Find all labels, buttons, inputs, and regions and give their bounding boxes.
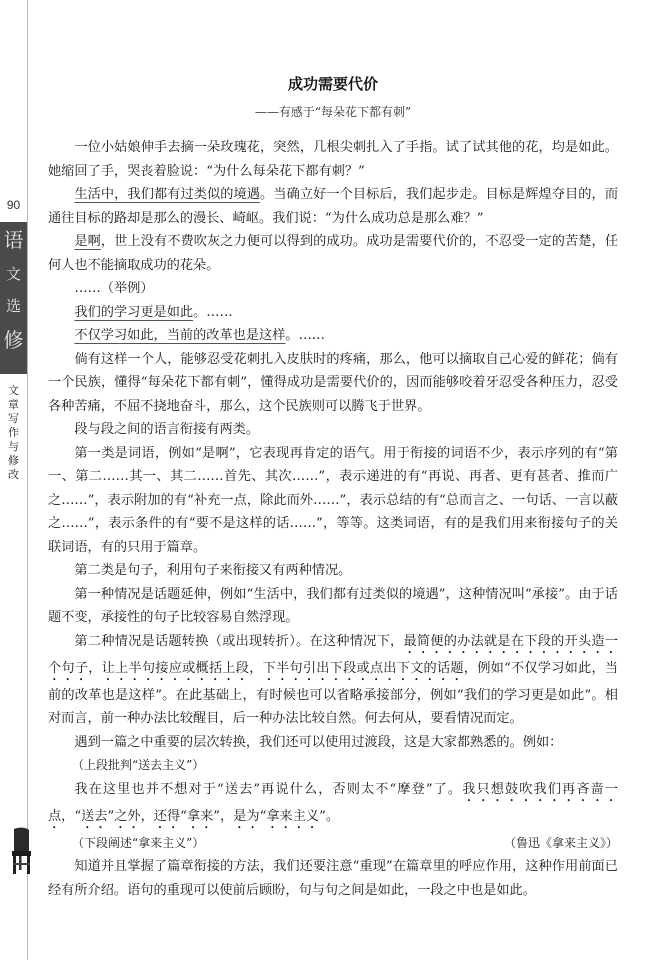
quote-label: （上段批判“送去主义”） [48,754,618,778]
paragraph: 知道并且掌握了篇章衔接的方法，我们还要注意“重现”在篇章里的呼应作用，这种作用前… [48,855,618,902]
article-title: 成功需要代价 [48,73,618,94]
margin-rule [27,0,28,960]
quote-label-text: （下段阐述“拿来主义”） [72,836,204,850]
paragraph: 生活中，我们都有过类似的境遇。当确立好一个目标后，我们起步走。目标是辉煌夺目的，… [48,183,618,230]
band-char: 文 [0,258,27,290]
paragraph-text: 。…… [285,328,325,343]
paragraph: 我们的学习更是如此。…… [48,301,618,325]
paragraph: 第一种情况是话题延伸，例如“生活中，我们都有过类似的境遇”，这种情况叫“承接”。… [48,583,618,630]
paragraph: ……（举例） [48,277,618,301]
chair-icon [10,827,32,875]
emphasized-text: 下半句引出下段或点出下文的话题 [263,661,464,676]
paragraph: 第二种情况是话题转换（或出现转折）。在这种情况下，最简便的办法就是在下段的开头造… [48,630,618,731]
paragraph-text: 第二种情况是话题转换（或出现转折）。在这种情况下， [74,634,403,649]
paragraph-text: ， [88,661,101,676]
label-char: 作 [0,426,27,440]
paragraph: 一位小姑娘伸手去摘一朵玫瑰花，突然，几根尖刺扎入了手指。试了试其他的花，均是如此… [48,136,618,183]
paragraph: 是啊，世上没有不费吹灰之力便可以得到的成功。成功是需要代价的，不忍受一定的苦楚，… [48,230,618,277]
underlined-text: 是啊 [74,234,101,249]
sidebar-chapter-label: 文 章 写 作 与 修 改 [0,384,27,482]
quote-text: 我在这里也并不想对于“送去”再说什么，否则太不“摩登”了。 [74,782,462,797]
label-char: 文 [0,384,27,398]
article-subtitle: ——有感于“每朵花下都有刺” [48,103,618,120]
band-char: 语 [0,222,27,258]
paragraph: 不仅学习如此，当前的改革也是这样。…… [48,324,618,348]
document-body: 一位小姑娘伸手去摘一朵玫瑰花，突然，几根尖刺扎入了手指。试了试其他的花，均是如此… [48,136,618,902]
sidebar-series-band: 语 文 选 修 [0,222,27,374]
label-char: 修 [0,454,27,468]
underlined-text: 我们的学习更是如此 [74,305,193,320]
paragraph: 第二类是句子，利用句子来衔接又有两种情况。 [48,559,618,583]
paragraph-text: 。…… [193,305,233,320]
paragraph-text: ， [249,661,262,676]
label-char: 章 [0,398,27,412]
label-char: 写 [0,412,27,426]
paragraph: 倘有这样一个人，能够忍受花刺扎入皮肤时的疼痛，那么，他可以摘取自己心爱的鲜花；倘… [48,348,618,419]
paragraph-text: ，世上没有不费吹灰之力便可以得到的成功。成功是需要代价的，不忍受一定的苦楚，任何… [48,234,618,273]
underlined-text: 生活中，我们都有过类似的境遇 [74,187,260,202]
emphasized-text: 让上半句接应或概括上段 [102,661,250,676]
paragraph: 遇到一篇之中重要的层次转换，我们还可以使用过渡段，这是大家都熟悉的。例如： [48,731,618,755]
quote-label: （下段阐述“拿来主义”）（鲁迅《拿来主义》） [48,832,618,856]
paragraph: 第一类是词语，例如“是啊”，它表现再肯定的语气。用于衔接的词语不少，表示序列的有… [48,442,618,560]
label-char: 与 [0,440,27,454]
underlined-text: 不仅学习如此，当前的改革也是这样 [74,328,285,343]
paragraph: 段与段之间的语言衔接有两类。 [48,418,618,442]
band-char: 修 [0,322,27,358]
label-char: 改 [0,468,27,482]
quote-source: （鲁迅《拿来主义》） [504,832,618,856]
page-number: 90 [0,198,27,212]
band-char: 选 [0,290,27,322]
quote-paragraph: 我在这里也并不想对于“送去”再说什么，否则太不“摩登”了。我只想鼓吹我们再吝啬一… [48,778,618,832]
